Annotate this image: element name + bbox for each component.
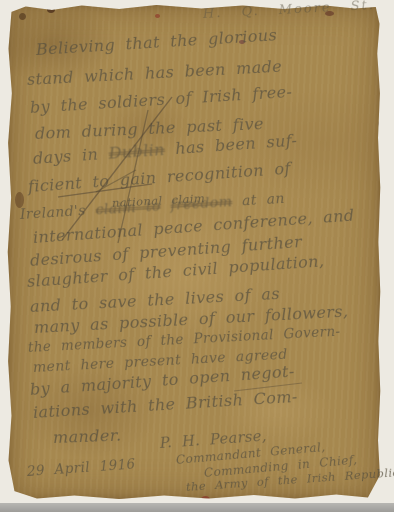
handwritten-text: Believing that the glorious — [35, 25, 277, 59]
handwritten-text: mander. — [53, 426, 122, 447]
photograph: H. Q. Moore St.Believing that the glorio… — [0, 0, 394, 512]
manuscript-line: Believing that the glorious — [35, 25, 277, 59]
manuscript: H. Q. Moore St.Believing that the glorio… — [0, 0, 394, 512]
header-line: H. Q. Moore St. — [203, 0, 376, 22]
handwritten-text: days in — [32, 144, 109, 168]
manuscript-line: by the soldiers of Irish free- — [29, 82, 292, 117]
handwritten-text: Ireland's — [20, 202, 97, 223]
manuscript-line: mander. — [53, 426, 122, 447]
struck-text: freedom — [170, 194, 233, 214]
handwritten-text — [160, 198, 171, 215]
handwritten-text: H. Q. Moore St. — [203, 0, 376, 22]
struck-text: Dublin — [108, 140, 166, 163]
struck-text: claim to — [95, 198, 161, 218]
date-line: 29 April 1916 — [26, 456, 136, 480]
handwritten-text: at an — [232, 191, 286, 210]
handwritten-text: by the soldiers of Irish free- — [29, 82, 292, 117]
handwritten-text: 29 April 1916 — [26, 456, 136, 480]
